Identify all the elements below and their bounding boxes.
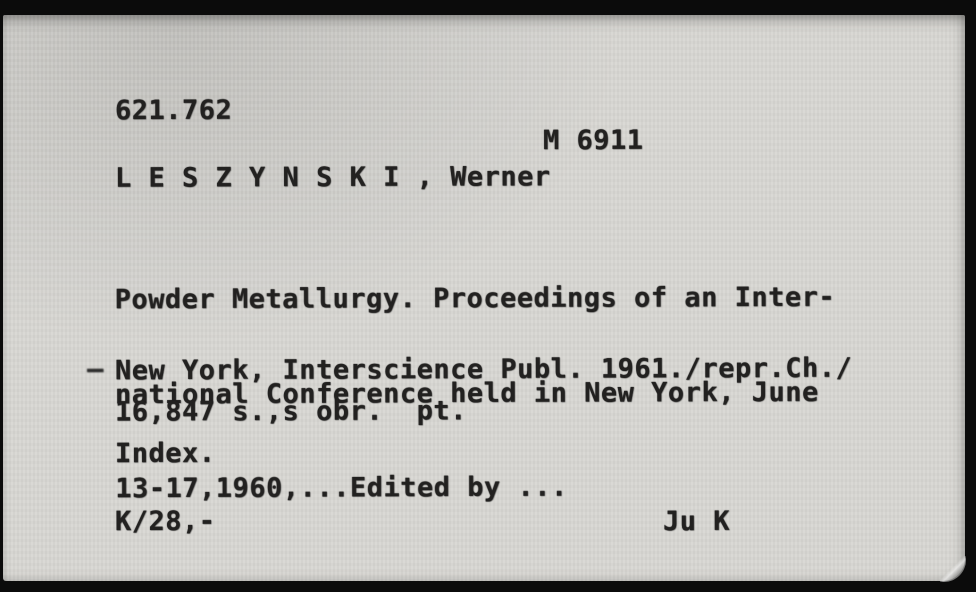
title-line: Powder Metallurgy. Proceedings of an Int…	[115, 282, 836, 316]
title-line: 13-17,1960,...Edited by ...	[115, 471, 836, 505]
classification-number: 621.762	[115, 95, 232, 126]
collation-line: 16,847 s.,s obr. pt.	[115, 395, 467, 427]
catalog-card: 621.762 M 6911 L E S Z Y N S K I , Werne…	[3, 15, 965, 581]
pencil-dash-mark: —	[87, 354, 104, 385]
scanned-catalog-card: 621.762 M 6911 L E S Z Y N S K I , Werne…	[0, 0, 976, 592]
author-heading: L E S Z Y N S K I , Werner	[115, 161, 551, 194]
index-note: Index.	[115, 438, 216, 469]
imprint-line: New York, Interscience Publ. 1961./repr.…	[115, 353, 852, 387]
accession-number: M 6911	[543, 125, 644, 156]
folded-corner	[940, 556, 966, 582]
price-notation: K/28,-	[115, 506, 216, 537]
cataloguer-initials: Ju K	[663, 506, 730, 537]
